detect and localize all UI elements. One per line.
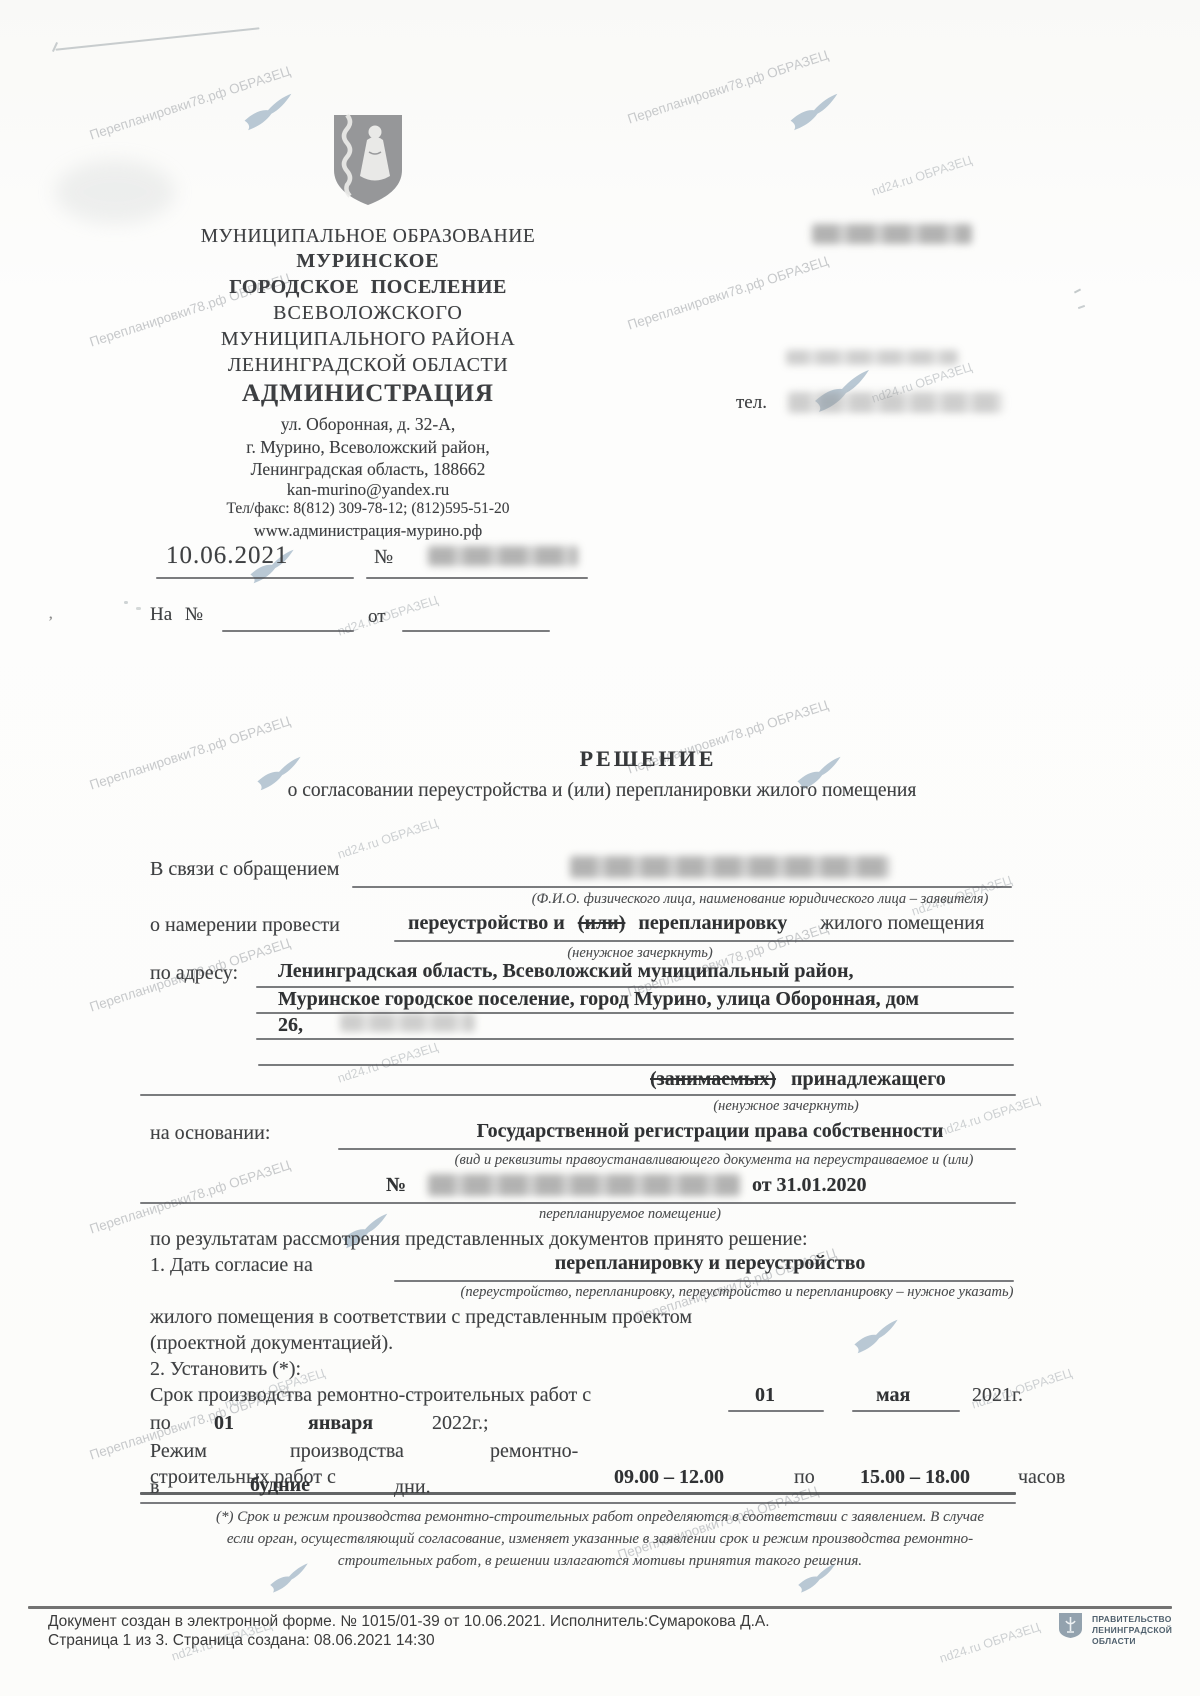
budnie-value: будние: [250, 1474, 310, 1497]
scan-smudge: [55, 160, 175, 224]
works-line: переустройство и (или) перепланировку жи…: [408, 912, 984, 935]
bird-watermark-icon: [852, 1318, 900, 1355]
fio-hint: (Ф.И.О. физического лица, наименование ю…: [532, 891, 989, 908]
document-title: РЕШЕНИЕ: [580, 746, 717, 772]
na-osnovanii-label: на основании:: [150, 1122, 270, 1145]
redacted-applicant-name: [570, 856, 890, 878]
doc-no-label: №: [386, 1174, 406, 1197]
footer-separator: [28, 1606, 1172, 1609]
srok-year1: 2021г.: [972, 1384, 1023, 1407]
murino-coat-of-arms: [330, 112, 406, 208]
document-subtitle: о согласовании переустройства и (или) пе…: [288, 780, 917, 802]
address-value-line2: Муринское городское поселение, город Мур…: [278, 988, 919, 1011]
org-name-line: МУНИЦИПАЛЬНОГО РАЙОНА: [148, 328, 588, 351]
document-date: 10.06.2021: [166, 542, 289, 570]
scan-artifact-line: [55, 27, 259, 50]
na-number-label: На №: [150, 604, 203, 626]
scan-speck: [1078, 305, 1085, 309]
org-name-line: ЛЕНИНГРАДСКОЙ ОБЛАСТИ: [148, 354, 588, 377]
redacted-document-number: [428, 546, 578, 566]
chasov-label: часов: [1018, 1466, 1065, 1489]
work-hours-2: 15.00 – 18.00: [860, 1466, 970, 1489]
srok-year2: 2022г.;: [432, 1412, 489, 1435]
bird-watermark-icon: [788, 92, 840, 132]
footnote-line-2: если орган, осуществляющий согласование,…: [227, 1531, 973, 1548]
proektnoy-line: (проектной документацией).: [150, 1332, 393, 1355]
soglasie-underline: [394, 1280, 1014, 1282]
footer-meta-line1: Документ создан в электронной форме. № 1…: [48, 1613, 770, 1631]
srok-day1: 01: [755, 1384, 775, 1407]
zhilogo-label: жилого помещения: [820, 912, 984, 934]
srok-month1: мая: [876, 1384, 910, 1407]
srok-month1-underline: [852, 1410, 960, 1412]
redacted-registration-number: [428, 1174, 740, 1196]
ot-underline: [402, 630, 550, 632]
scan-apostrophe-mark: ’: [48, 614, 53, 632]
strike-hint-2: (ненужное зачеркнуть): [713, 1098, 858, 1115]
leningrad-gov-emblem: [1058, 1612, 1083, 1639]
watermark-site2: nd24.ru ОБРАЗЕЦ: [336, 816, 440, 862]
redacted-email: [786, 350, 958, 365]
po-adresu-label: по адресу:: [150, 962, 238, 985]
srok-day1-underline: [728, 1410, 824, 1412]
footer-meta-line2: Страница 1 из 3. Страница создана: 08.06…: [48, 1632, 435, 1650]
org-name-line: ВСЕВОЛОЖСКОГО: [148, 302, 588, 325]
work-hours-1: 09.00 – 12.00: [614, 1466, 724, 1489]
watermark-site2: nd24.ru ОБРАЗЕЦ: [938, 1620, 1042, 1666]
org-phone-line: Тел/факс: 8(812) 309-78-12; (812)595-51-…: [148, 500, 588, 518]
redacted-apartment: [340, 1013, 475, 1032]
osnovanie-value: Государственной регистрации права собств…: [477, 1120, 944, 1143]
applicant-underline: [352, 886, 1012, 888]
work-type-a: переустройство и: [408, 912, 565, 934]
o-namerenii-label: о намерении провести: [150, 914, 340, 937]
soglasie-value: перепланировку и переустройство: [555, 1252, 866, 1275]
ot-label: от: [368, 606, 386, 628]
po-label-1: по: [150, 1412, 171, 1435]
rezhim-word-1: Режим: [150, 1440, 207, 1463]
watermark-site2: nd24.ru ОБРАЗЕЦ: [336, 1040, 440, 1086]
srok-month2: января: [308, 1412, 373, 1435]
pereplan-hint: перепланируемое помещение): [539, 1206, 721, 1223]
bird-watermark-icon: [242, 92, 294, 132]
scanned-decision-document: Перепланировки78.рф ОБРАЗЕЦ Перепланиров…: [0, 0, 1200, 1696]
po-rezultatam-line: по результатам рассмотрения представленн…: [150, 1228, 808, 1251]
number-label: №: [374, 546, 393, 569]
address-underline-4: [258, 1064, 1014, 1066]
dni-underline: [140, 1502, 1016, 1504]
works-underline: [394, 940, 1014, 942]
gov-label-line2: ЛЕНИНГРАДСКОЙ: [1092, 1625, 1172, 1635]
srok-day2: 01: [214, 1412, 234, 1435]
watermark-site2: nd24.ru ОБРАЗЕЦ: [870, 153, 974, 199]
zanimaemyh-underline: [140, 1094, 1016, 1096]
bird-watermark-icon: [268, 1562, 310, 1594]
address-underline-3: [256, 1038, 1014, 1040]
srok-label: Срок производства ремонтно-строительных …: [150, 1384, 591, 1407]
org-address-line: Ленинградская область, 188662: [148, 459, 588, 480]
gov-label-line3: ОБЛАСТИ: [1092, 1636, 1136, 1646]
number-underline: [366, 577, 588, 579]
zanimaemyh-line: (занимаемых) принадлежащего: [650, 1068, 946, 1091]
po-label-2: по: [794, 1466, 815, 1489]
org-name-line: АДМИНИСТРАЦИЯ: [148, 380, 588, 408]
org-name-line: МУРИНСКОЕ: [148, 250, 588, 273]
doc-number-underline: [140, 1202, 1016, 1204]
work-type-struck: (или): [578, 912, 626, 934]
v-svyazi-label: В связи с обращением: [150, 858, 339, 881]
watermark-site2: nd24.ru ОБРАЗЕЦ: [938, 1093, 1042, 1139]
prinadlezhashchego-label: принадлежащего: [791, 1068, 946, 1090]
vid-rekvizity-hint: (вид и реквизиты правоустанавливающего д…: [455, 1152, 974, 1169]
ukazat-hint: (переустройство, перепланировку, переуст…: [461, 1284, 1014, 1301]
address-value-line3: 26,: [278, 1014, 303, 1037]
footnote-line-3: строительных работ, в решении излагаются…: [338, 1553, 862, 1570]
zanimaemyh-struck: (занимаемых): [650, 1068, 776, 1090]
watermark-site1: Перепланировки78.рф ОБРАЗЕЦ: [88, 1157, 293, 1236]
gov-label-line1: ПРАВИТЕЛЬСТВО: [1092, 1614, 1172, 1624]
osnovanie-underline: [338, 1148, 1016, 1150]
watermark-site1: Перепланировки78.рф ОБРАЗЕЦ: [626, 253, 831, 332]
doc-date-value: от 31.01.2020: [752, 1174, 867, 1197]
tel-label: тел.: [736, 392, 767, 414]
ustanovit-line: 2. Установить (*):: [150, 1358, 301, 1381]
soglasie-label: 1. Дать согласие на: [150, 1254, 313, 1277]
redacted-phone: [788, 392, 1003, 413]
na-underline: [222, 630, 354, 632]
org-name-line: ГОРОДСКОЕ ПОСЕЛЕНИЕ: [148, 276, 588, 299]
org-name-line: МУНИЦИПАЛЬНОЕ ОБРАЗОВАНИЕ: [148, 226, 588, 248]
org-email: kan-murino@yandex.ru: [148, 480, 588, 500]
work-type-b: перепланировку: [638, 912, 787, 934]
org-website: www.администрация-мурино.рф: [148, 521, 588, 541]
sootvetstvii-line: жилого помещения в соответствии с предст…: [150, 1306, 692, 1329]
rezhim-word-2: производства: [290, 1440, 404, 1463]
scan-speck: [136, 607, 141, 610]
org-address-line: ул. Оборонная, д. 32-А,: [148, 414, 588, 435]
org-address-line: г. Мурино, Всеволожский район,: [148, 437, 588, 458]
dni-label: дни.: [394, 1476, 431, 1499]
scan-speck: [1074, 288, 1081, 293]
footnote-line-1: (*) Срок и режим производства ремонтно-с…: [216, 1509, 984, 1526]
address-value-line1: Ленинградская область, Всеволожский муни…: [278, 960, 854, 983]
v-label: в: [150, 1476, 159, 1499]
rezhim-word-3: ремонтно-: [490, 1440, 578, 1463]
date-underline: [156, 577, 354, 579]
scan-speck: [124, 601, 128, 604]
redacted-official-name: [812, 224, 972, 244]
